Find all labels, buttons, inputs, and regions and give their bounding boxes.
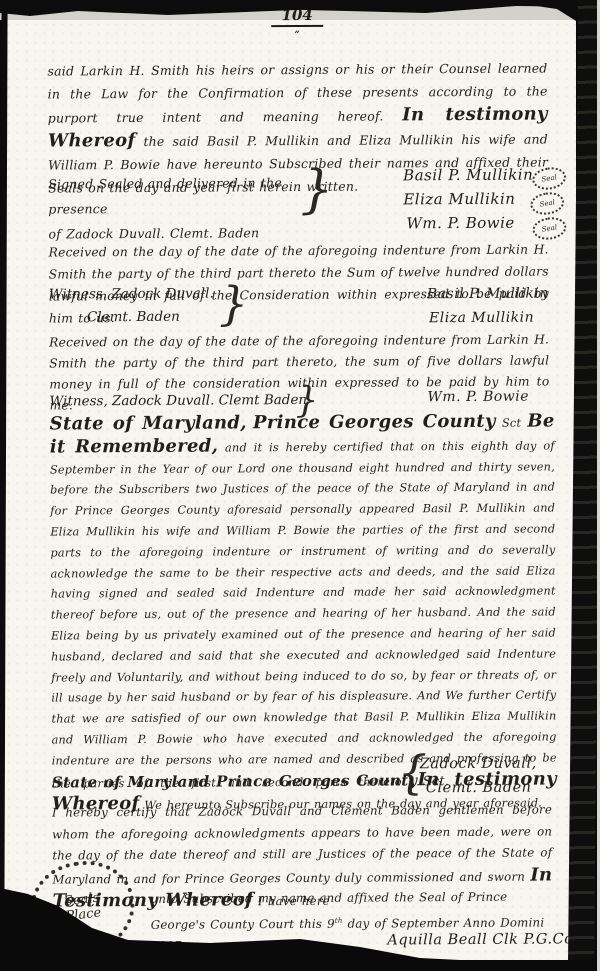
handwritten-text-layer: 104 „ said Larkin H. Smith his heirs or … <box>0 0 600 971</box>
brace-icon: } <box>219 280 249 326</box>
witness-line: Witness, Zadock Duvall. Clemt Baden <box>49 392 307 410</box>
signature-wm-p-bowie: Wm. P. Bowie <box>427 389 529 406</box>
witness-line-2: Clemt. Baden <box>87 309 180 326</box>
attestation-clause: Signed Sealed and delivered in the prese… <box>48 170 310 247</box>
clerk-certificate-heading: State of Maryland Prince Georges County … <box>52 771 449 791</box>
signature-eliza-mullikin: Eliza Mullikin <box>403 190 515 209</box>
clerk-signature-aquilla-beall: Aquilla Beall Clk P.G.Cc <box>323 931 573 949</box>
signature-basil-mullikin: Basil P. Mullikin <box>403 166 533 185</box>
witness-line-1: Witness. Zadock Duvall. <box>49 286 214 303</box>
scanned-deed-page: 104 „ said Larkin H. Smith his heirs or … <box>0 0 600 971</box>
signature-basil-mullikin: Basil P. Mullikin <box>427 285 549 302</box>
page-number-tick: „ <box>265 27 329 33</box>
signature-wm-p-bowie: Wm. P. Bowie <box>406 214 514 233</box>
attestation-line-1: Signed Sealed and delivered in the prese… <box>48 170 310 222</box>
brace-icon: } <box>300 164 334 216</box>
signature-eliza-mullikin: Eliza Mullikin <box>429 310 534 327</box>
justice-signature-zadock-duvall: Zadock Duvall, <box>420 756 537 773</box>
